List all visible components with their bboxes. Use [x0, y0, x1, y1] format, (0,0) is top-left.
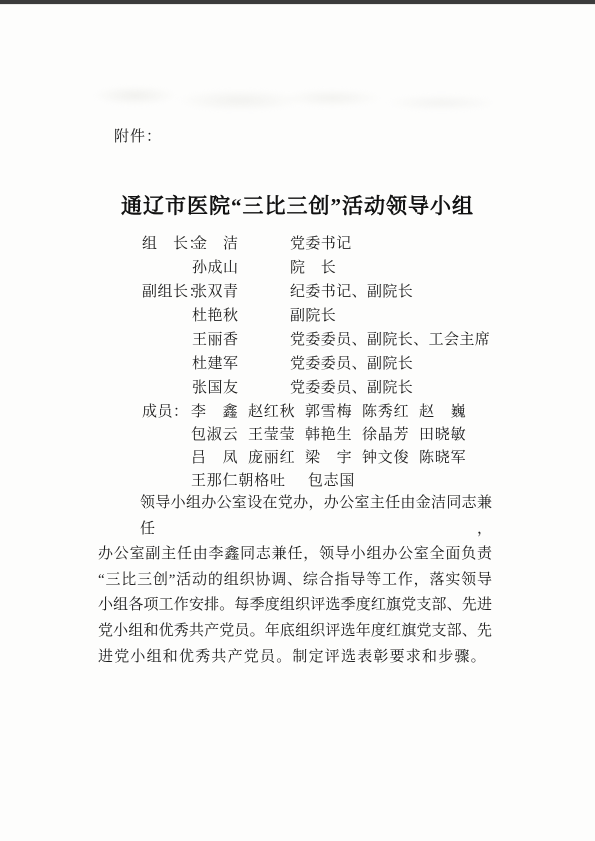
members-row: 包淑云王莹莹韩艳生徐晶芳田晓敏 [142, 423, 542, 446]
roster-row: 孙成山 院 长 [0, 254, 595, 278]
roster-row: 副组长： 张双青 纪委书记、副院长 [0, 278, 595, 302]
member-name: 郭雪梅 [305, 400, 362, 421]
member-title: 党委委员、副院长、工会主席 [290, 328, 490, 349]
member-name: 王丽香 [192, 328, 239, 349]
member-title: 纪委书记、副院长 [290, 280, 413, 301]
members-row: 吕 凤庞丽红梁 宇钟文俊陈晓军 [142, 446, 542, 469]
attachment-label: 附件： [114, 125, 162, 146]
member-name: 李 鑫 [191, 400, 248, 421]
page-title: 通辽市医院“三比三创”活动领导小组 [0, 190, 595, 220]
paragraph-line: 小组各项工作安排。每季度组织评选季度红旗党支部、先进 [98, 593, 492, 619]
members-row: 成员：李 鑫赵红秋郭雪梅陈秀红赵 巍 [142, 400, 542, 423]
paragraph-line: 党小组和优秀共产党员。年底组织评选年度红旗党支部、先 [98, 619, 492, 645]
document-page: 附件： 通辽市医院“三比三创”活动领导小组 组 长： 金 洁 党委书记 孙成山 … [0, 0, 595, 841]
roster-row: 杜艳秋 副院长 [0, 302, 595, 326]
member-name: 徐晶芳 [362, 423, 419, 444]
paragraph-line: “三比三创”活动的组织协调、综合指导等工作，落实领导 [98, 568, 492, 594]
roster-row: 王丽香 党委委员、副院长、工会主席 [0, 326, 595, 350]
scan-edge-artifact [0, 0, 595, 5]
member-name: 杜艳秋 [192, 304, 239, 325]
member-title: 党委委员、副院长 [290, 352, 413, 373]
office-paragraph: 领导小组办公室设在党办，办公室主任由金洁同志兼任， 办公室副主任由李鑫同志兼任，… [98, 491, 492, 670]
member-name: 赵 巍 [419, 400, 466, 421]
members-label: 成员： [142, 400, 191, 421]
member-name: 梁 宇 [305, 446, 362, 467]
member-name: 金 洁 [192, 232, 239, 253]
member-name: 田晓敏 [419, 423, 466, 444]
paragraph-line: 领导小组办公室设在党办，办公室主任由金洁同志兼任， [98, 491, 492, 542]
paragraph-line: 进党小组和优秀共产党员。制定评选表彰要求和步骤。 [98, 645, 492, 671]
member-name: 王莹莹 [248, 423, 305, 444]
roster-row: 组 长： 金 洁 党委书记 [0, 230, 595, 254]
member-name: 张双青 [192, 280, 239, 301]
member-name: 包志国 [308, 469, 355, 490]
paragraph-line: 办公室副主任由李鑫同志兼任，领导小组办公室全面负责 [98, 542, 492, 568]
members-row: 王那仁朝格吐包志国 [142, 469, 542, 492]
member-name: 王那仁朝格吐 [191, 469, 286, 490]
member-name: 孙成山 [192, 256, 239, 277]
member-name: 包淑云 [191, 423, 248, 444]
bleedthrough-ghost [72, 62, 492, 110]
member-name: 赵红秋 [248, 400, 305, 421]
member-title: 党委书记 [290, 232, 352, 253]
member-name: 韩艳生 [305, 423, 362, 444]
member-title: 副院长 [290, 304, 336, 325]
member-title: 院 长 [290, 256, 336, 277]
member-name: 庞丽红 [248, 446, 305, 467]
roster-row: 杜建军 党委委员、副院长 [0, 350, 595, 374]
member-name: 陈秀红 [362, 400, 419, 421]
member-name: 钟文俊 [362, 446, 419, 467]
roster-row: 张国友 党委委员、副院长 [0, 374, 595, 398]
member-name: 杜建军 [192, 352, 239, 373]
member-name: 吕 凤 [191, 446, 248, 467]
member-title: 党委委员、副院长 [290, 376, 413, 397]
members-section: 成员：李 鑫赵红秋郭雪梅陈秀红赵 巍 包淑云王莹莹韩艳生徐晶芳田晓敏 吕 凤庞丽… [142, 400, 542, 492]
leadership-roster: 组 长： 金 洁 党委书记 孙成山 院 长 副组长： 张双青 纪委书记、副院长 … [0, 230, 595, 398]
member-name: 陈晓军 [419, 446, 466, 467]
member-name: 张国友 [192, 376, 239, 397]
